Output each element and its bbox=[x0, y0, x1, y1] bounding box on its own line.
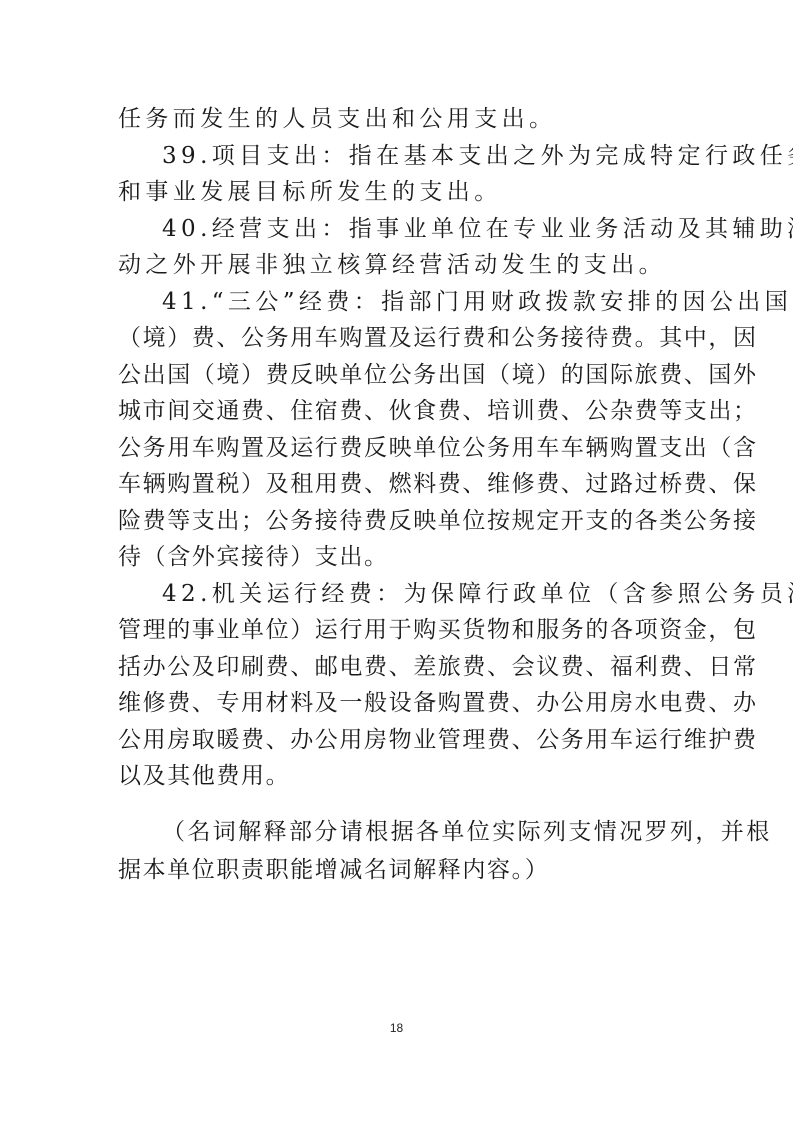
text-line: 公务用车购置及运行费反映单位公务用车车辆购置支出（含 bbox=[118, 433, 758, 463]
page-number: 18 bbox=[0, 1021, 793, 1035]
text-line-item-42: 42.机关运行经费：为保障行政单位（含参照公务员法 bbox=[162, 579, 793, 609]
text-line: 维修费、专用材料及一般设备购置费、办公用房水电费、办 bbox=[118, 688, 758, 718]
text-line-item-41: 41.“三公”经费：指部门用财政拨款安排的因公出国 bbox=[162, 287, 792, 317]
text-line: （境）费、公务用车购置及运行费和公务接待费。其中，因 bbox=[118, 323, 758, 353]
text-line: 公出国（境）费反映单位公务出国（境）的国际旅费、国外 bbox=[118, 360, 758, 390]
text-line-note: （名词解释部分请根据各单位实际列支情况罗列，并根 bbox=[162, 817, 772, 847]
text-line: 城市间交通费、住宿费、伙食费、培训费、公杂费等支出； bbox=[118, 396, 758, 426]
text-line: 括办公及印刷费、邮电费、差旅费、会议费、福利费、日常 bbox=[118, 652, 758, 682]
text-line: 动之外开展非独立核算经营活动发生的支出。 bbox=[118, 250, 666, 280]
text-line: 车辆购置税）及租用费、燃料费、维修费、过路过桥费、保 bbox=[118, 469, 758, 499]
text-line-item-40: 40.经营支出：指事业单位在专业业务活动及其辅助活 bbox=[162, 214, 793, 244]
text-line: 任务而发生的人员支出和公用支出。 bbox=[118, 104, 556, 134]
text-line-note: 据本单位职责职能增减名词解释内容。） bbox=[118, 855, 549, 885]
text-line: 和事业发展目标所发生的支出。 bbox=[118, 177, 502, 207]
document-page: 任务而发生的人员支出和公用支出。 39.项目支出：指在基本支出之外为完成特定行政… bbox=[0, 0, 793, 1122]
text-line: 险费等支出；公务接待费反映单位按规定开支的各类公务接 bbox=[118, 506, 758, 536]
text-line-item-39: 39.项目支出：指在基本支出之外为完成特定行政任务 bbox=[162, 141, 793, 171]
text-line: 公用房取暖费、办公用房物业管理费、公务用车运行维护费 bbox=[118, 725, 758, 755]
text-line: 待（含外宾接待）支出。 bbox=[118, 542, 389, 572]
text-line: 以及其他费用。 bbox=[118, 761, 290, 791]
text-line: 管理的事业单位）运行用于购买货物和服务的各项资金，包 bbox=[118, 615, 758, 645]
